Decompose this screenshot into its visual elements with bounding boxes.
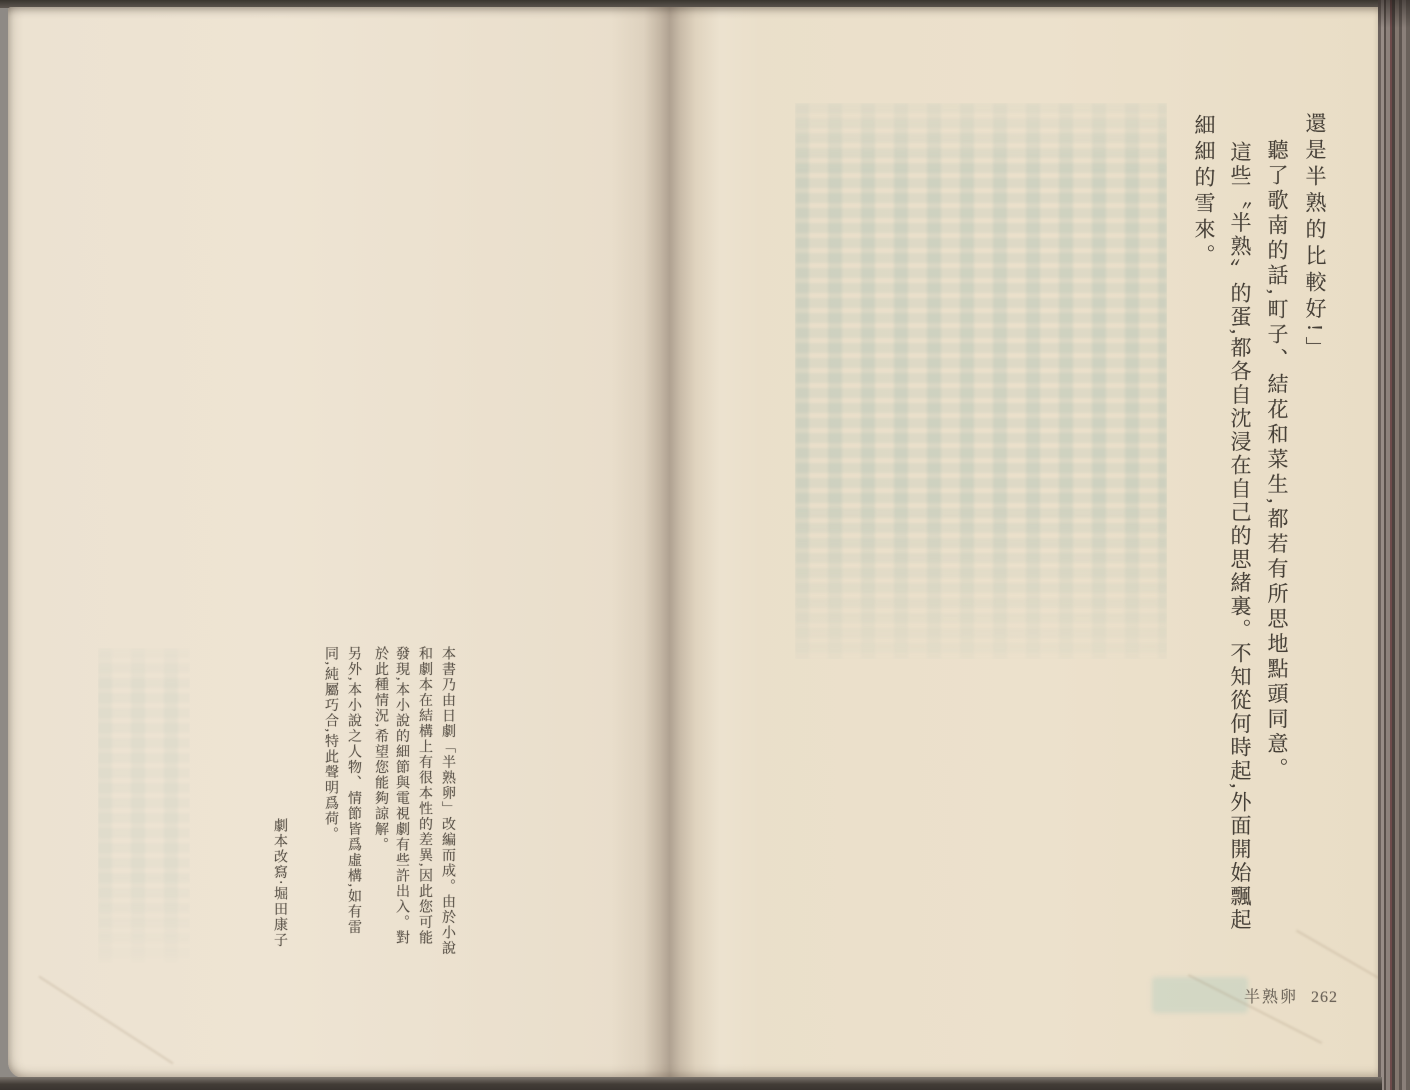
footer-page-number: 262 [1311, 989, 1338, 1006]
colophon-column-6: 同,純屬巧合,特此聲明爲荷。 [320, 646, 340, 842]
page-stack-edge [1378, 0, 1410, 1090]
page-footer: 半熟卵262 [1244, 984, 1338, 1007]
photo-bottom-edge [0, 1077, 1382, 1090]
colophon-column-3: 發現,本小說的細節與電視劇有些許出入。對 [391, 646, 411, 946]
story-column-1: 還是半熟的比較好!」 [1300, 112, 1330, 363]
paper-crease [38, 976, 173, 1065]
bleedthrough-text-right-page [795, 103, 1167, 659]
story-column-4: 細細的雪來。 [1189, 114, 1219, 270]
bleedthrough-text-left-page [98, 648, 190, 963]
footer-book-title: 半熟卵 [1244, 989, 1298, 1006]
book-spread [8, 7, 1378, 1078]
story-column-3: 這些〝半熟〟的蛋,都各自沈浸在自己的思緒裏。不知從何時起,外面開始飄起 [1225, 141, 1255, 932]
colophon-column-4: 於此種情況,希望您能夠諒解。 [370, 646, 390, 853]
story-column-2: 聽了歌南的話,町子、結花和菜生,都若有所思地點頭同意。 [1262, 139, 1292, 783]
colophon-signature: 劇本改寫‧堀田康子 [269, 818, 289, 948]
book-scan-photo: 本書乃由日劇「半熟卵」改編而成。由於小說 和劇本在結構上有很本性的差異,因此您可… [0, 0, 1410, 1090]
colophon-column-1: 本書乃由日劇「半熟卵」改編而成。由於小說 [437, 646, 457, 956]
colophon-column-2: 和劇本在結構上有很本性的差異,因此您可能 [414, 646, 434, 946]
colophon-column-5: 另外,本小說之人物、情節皆爲虛構,如有雷 [343, 646, 363, 935]
